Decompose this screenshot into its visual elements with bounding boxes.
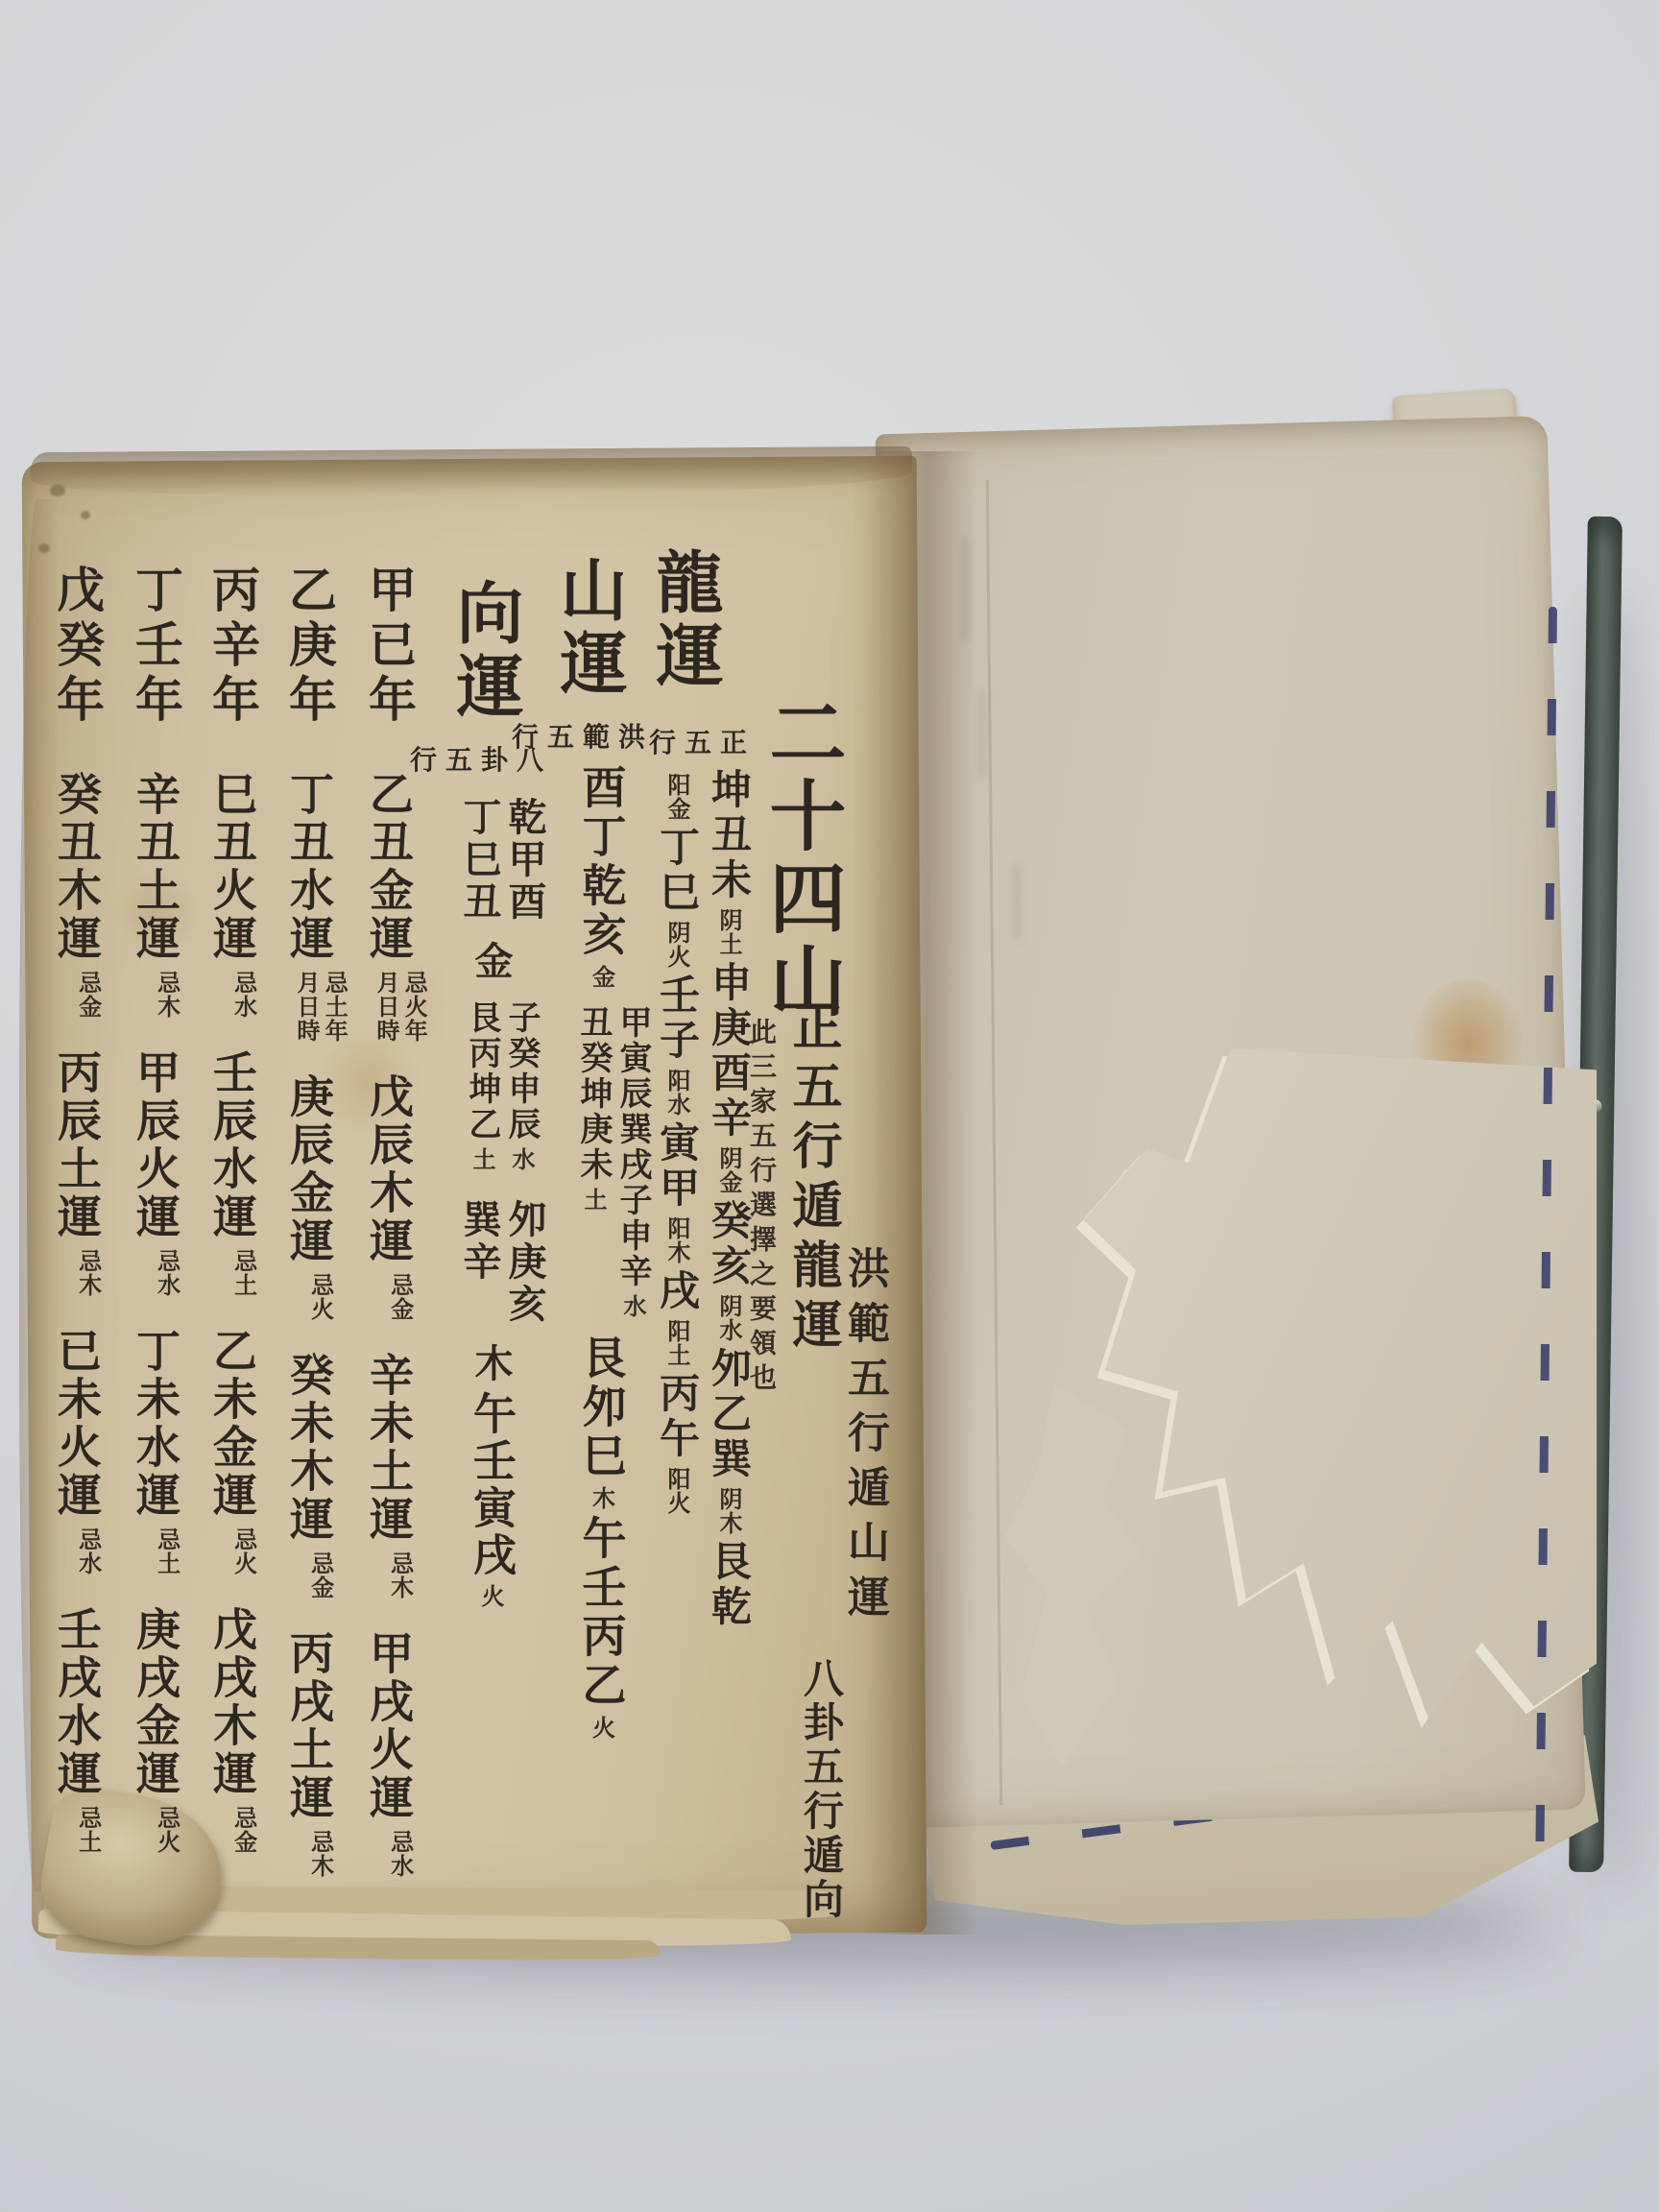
taboo-note: 忌火年 bbox=[402, 971, 426, 1043]
term: 午壬丙乙 bbox=[576, 1515, 628, 1711]
run-entry-notes: 忌土 bbox=[76, 1806, 100, 1854]
run-entry-notes: 忌木 bbox=[76, 1249, 100, 1297]
element-note: 金 bbox=[471, 941, 510, 983]
run-entry-notes: 忌金 bbox=[308, 1551, 332, 1599]
system-char: 洪 bbox=[618, 716, 645, 755]
term: 申庚酉辛 bbox=[706, 961, 753, 1142]
run-entry-notes: 忌土 bbox=[155, 1527, 179, 1575]
run-entry-notes: 忌水 bbox=[155, 1249, 179, 1297]
run-entry-notes: 忌水 bbox=[76, 1527, 100, 1575]
system-char: 五 bbox=[547, 716, 574, 755]
term-note: 阴木 bbox=[717, 1487, 740, 1535]
taboo-note: 忌水 bbox=[76, 1527, 100, 1575]
term: 巽辛 bbox=[460, 1199, 498, 1326]
run-entry: 甲戌火運 bbox=[367, 1630, 411, 1822]
page-title: 二十四山 bbox=[763, 693, 840, 1023]
run-entry-notes: 忌水 bbox=[231, 971, 255, 1019]
run-entry: 癸丑木運 bbox=[55, 771, 99, 963]
run-entry: 戊戌木運 bbox=[210, 1606, 254, 1798]
year-column-wu-gui: 戊癸年癸丑木運忌金丙辰土運忌木已未火運忌水壬戌水運忌土 bbox=[53, 565, 101, 1899]
taboo-note: 忌木 bbox=[388, 1551, 412, 1599]
run-entry: 丙辰土運 bbox=[55, 1049, 99, 1241]
term-pair: 夘庚亥 巽辛 bbox=[460, 1199, 543, 1326]
taboo-note: 忌土年 bbox=[323, 971, 347, 1043]
run-entry-notes: 忌木 bbox=[388, 1551, 412, 1599]
section-title-mountain-run: 山運 bbox=[555, 555, 622, 701]
term: 丑癸坤庚未土 bbox=[577, 1005, 610, 1323]
term-note: 阳木 bbox=[665, 1216, 688, 1264]
run-entry: 丁未水運 bbox=[133, 1328, 178, 1520]
element-note: 火 bbox=[479, 1584, 502, 1608]
year-label: 丙辛年 bbox=[204, 565, 261, 729]
run-entry-notes: 忌火 bbox=[231, 1527, 255, 1575]
run-entry: 丙戌土運 bbox=[287, 1630, 331, 1822]
taboo-note: 忌金 bbox=[388, 1273, 412, 1321]
term: 戌 bbox=[654, 1269, 701, 1314]
run-entry-notes: 忌火 bbox=[155, 1806, 179, 1854]
taboo-note: 忌土 bbox=[155, 1527, 179, 1575]
term: 坤丑未 bbox=[706, 768, 753, 903]
term-note: 阳火 bbox=[665, 1467, 688, 1515]
system-char: 卦 bbox=[481, 739, 508, 778]
term: 艮丙坤乙土 bbox=[466, 1000, 498, 1176]
term-note: 阳水 bbox=[665, 1069, 688, 1117]
run-entry: 庚戌金運 bbox=[133, 1606, 178, 1798]
term: 丁巳丑 bbox=[460, 797, 498, 924]
run-entry: 辛丑土運 bbox=[133, 771, 178, 963]
system-char: 範 bbox=[583, 716, 610, 755]
run-entry: 壬戌水運 bbox=[55, 1606, 99, 1798]
year-column-yi-geng: 乙庚年丁丑水運忌土年月日時庚辰金運忌火癸未木運忌金丙戌土運忌木 bbox=[285, 565, 347, 1899]
taboo-note: 忌火 bbox=[231, 1527, 255, 1575]
mountain-run-table: 酉丁乾亥金 甲寅辰巽戌子申辛水 丑癸坤庚未土 艮夘巳木午壬丙乙火 bbox=[534, 764, 649, 1897]
taboo-note: 忌土 bbox=[76, 1806, 100, 1854]
term: 艮乾 bbox=[706, 1540, 753, 1630]
element-note: 水 bbox=[621, 1294, 644, 1318]
taboo-note: 忌金 bbox=[231, 1806, 255, 1854]
run-entry-notes: 忌水 bbox=[388, 1830, 412, 1878]
run-entry-notes: 忌土 bbox=[231, 1249, 255, 1297]
run-entry-notes: 忌金 bbox=[231, 1806, 255, 1854]
taboo-note: 忌火 bbox=[155, 1806, 179, 1854]
intro-line-1: 正五行遁龍運 bbox=[787, 1000, 837, 1358]
ink-bleedthrough bbox=[1014, 864, 1020, 941]
system-char: 行 bbox=[649, 722, 676, 760]
term-pair: 子癸申辰水 艮丙坤乙土 bbox=[466, 1000, 538, 1176]
term-pair: 甲寅辰巽戌子申辛水 丑癸坤庚未土 bbox=[577, 1005, 649, 1323]
taboo-note: 忌土 bbox=[231, 1249, 255, 1297]
year-column-ding-ren: 丁壬年辛丑土運忌木甲辰火運忌水丁未水運忌土庚戌金運忌火 bbox=[132, 565, 180, 1899]
intro-line-2: 洪範五行遁山運 bbox=[843, 1246, 885, 1629]
section-title-dragon-run: 龍運 bbox=[651, 547, 718, 693]
term-note: 阴金 bbox=[717, 1146, 740, 1194]
year-label: 丁壬年 bbox=[128, 565, 184, 729]
facing-run-table: 乾甲酉 丁巳丑 金 子癸申辰水 艮丙坤乙土 夘庚亥 巽辛 木午壬寅戌火 bbox=[430, 785, 543, 1861]
run-entry: 丁丑水運 bbox=[287, 771, 331, 963]
system-char: 八 bbox=[517, 739, 543, 778]
run-entry-notes: 忌金 bbox=[76, 971, 100, 1019]
term-note: 阳土 bbox=[665, 1319, 688, 1367]
ink-bleedthrough bbox=[979, 691, 985, 778]
term-note: 阴水 bbox=[717, 1294, 740, 1342]
run-entry: 乙丑金運 bbox=[367, 771, 411, 963]
dragon-left-subcolumn: 阳金丁巳阴火壬子阳水寅甲阳木戌阳土丙午阳火 bbox=[657, 768, 697, 1930]
run-entry-notes: 忌金 bbox=[388, 1273, 412, 1321]
system-label-bagua-five-elements: 八 卦 五 行 bbox=[424, 739, 543, 778]
run-entry: 癸未木運 bbox=[287, 1352, 331, 1544]
taboo-note: 忌木 bbox=[155, 971, 179, 1019]
run-entry-notes: 忌火 bbox=[308, 1273, 332, 1321]
run-entry-notes: 忌木 bbox=[308, 1830, 332, 1878]
section-title-facing-run: 向運 bbox=[451, 578, 518, 724]
system-char: 正 bbox=[720, 722, 747, 760]
taboo-note: 忌水 bbox=[231, 971, 255, 1019]
term: 午壬寅戌 bbox=[466, 1391, 517, 1579]
element-note: 土 bbox=[582, 1188, 605, 1212]
year-column-jia-ji: 甲已年乙丑金運忌火年月日時戊辰木運忌金辛未土運忌木甲戌火運忌水 bbox=[365, 565, 426, 1899]
element-note: 金 bbox=[590, 965, 613, 989]
run-entry: 甲辰火運 bbox=[133, 1049, 178, 1241]
worm-hole bbox=[81, 511, 90, 519]
element-note: 木 bbox=[471, 1343, 510, 1385]
system-label-hongfan-five-elements: 洪 範 五 行 bbox=[526, 716, 645, 755]
element-note: 土 bbox=[470, 1147, 493, 1171]
year-column-bing-xin: 丙辛年巳丑火運忌水壬辰水運忌土乙未金運忌火戊戌木運忌金 bbox=[208, 565, 256, 1899]
scope-note: 月日時 bbox=[295, 971, 319, 1043]
run-entry: 已未火運 bbox=[55, 1328, 99, 1520]
run-entry-notes: 忌木 bbox=[155, 971, 179, 1019]
worm-hole bbox=[38, 543, 50, 553]
year-label: 乙庚年 bbox=[281, 565, 338, 729]
system-char: 五 bbox=[445, 739, 472, 778]
run-entry: 乙未金運 bbox=[210, 1328, 254, 1520]
taboo-note: 忌水 bbox=[155, 1249, 179, 1297]
run-entry: 壬辰水運 bbox=[210, 1049, 254, 1241]
term-note: 阴火 bbox=[665, 921, 688, 969]
term-pair: 乾甲酉 丁巳丑 bbox=[460, 797, 543, 924]
scope-note: 月日時 bbox=[374, 971, 398, 1043]
taboo-note: 忌木 bbox=[308, 1830, 332, 1878]
term: 壬子 bbox=[654, 974, 701, 1064]
taboo-note: 忌金 bbox=[76, 971, 100, 1019]
term: 丙午 bbox=[654, 1372, 701, 1462]
system-char: 五 bbox=[685, 722, 711, 760]
spine-gutter-shadow bbox=[864, 451, 977, 1935]
run-entry: 巳丑火運 bbox=[210, 771, 254, 963]
term: 艮夘巳 bbox=[576, 1334, 628, 1481]
term: 酉丁乾亥 bbox=[576, 764, 628, 960]
intro-line-3: 八卦五行遁向 bbox=[801, 1657, 841, 1922]
element-note: 火 bbox=[590, 1716, 613, 1740]
term: 癸亥 bbox=[706, 1199, 753, 1289]
taboo-note: 忌水 bbox=[388, 1830, 412, 1878]
element-note: 木 bbox=[590, 1486, 613, 1510]
term: 子癸申辰水 bbox=[505, 1000, 538, 1176]
dragon-right-subcolumn: 坤丑未阴土申庚酉辛阴金癸亥阴水夘乙巽阴木艮乾 bbox=[709, 768, 749, 1930]
element-note: 水 bbox=[510, 1147, 533, 1171]
run-entry-notes: 忌土年月日時 bbox=[295, 971, 347, 1043]
term: 甲寅辰巽戌子申辛水 bbox=[616, 1005, 649, 1323]
term: 夘庚亥 bbox=[505, 1199, 543, 1326]
term-note: 阴土 bbox=[717, 908, 740, 956]
term-note: 阳金 bbox=[665, 773, 688, 821]
year-label: 甲已年 bbox=[361, 565, 418, 729]
taboo-note: 忌火 bbox=[308, 1273, 332, 1321]
term: 乾甲酉 bbox=[505, 797, 543, 924]
taboo-note: 忌金 bbox=[308, 1551, 332, 1599]
term: 寅甲 bbox=[654, 1121, 701, 1212]
worm-hole bbox=[50, 485, 65, 496]
year-label: 戊癸年 bbox=[49, 565, 106, 729]
run-entry: 庚辰金運 bbox=[287, 1073, 331, 1265]
term: 夘乙巽 bbox=[706, 1347, 753, 1482]
run-entry: 辛未土運 bbox=[367, 1352, 411, 1544]
term: 丁巳 bbox=[654, 826, 701, 916]
run-entry: 戊辰木運 bbox=[367, 1073, 411, 1265]
taboo-note: 忌木 bbox=[76, 1249, 100, 1297]
run-entry-notes: 忌火年月日時 bbox=[374, 971, 426, 1043]
